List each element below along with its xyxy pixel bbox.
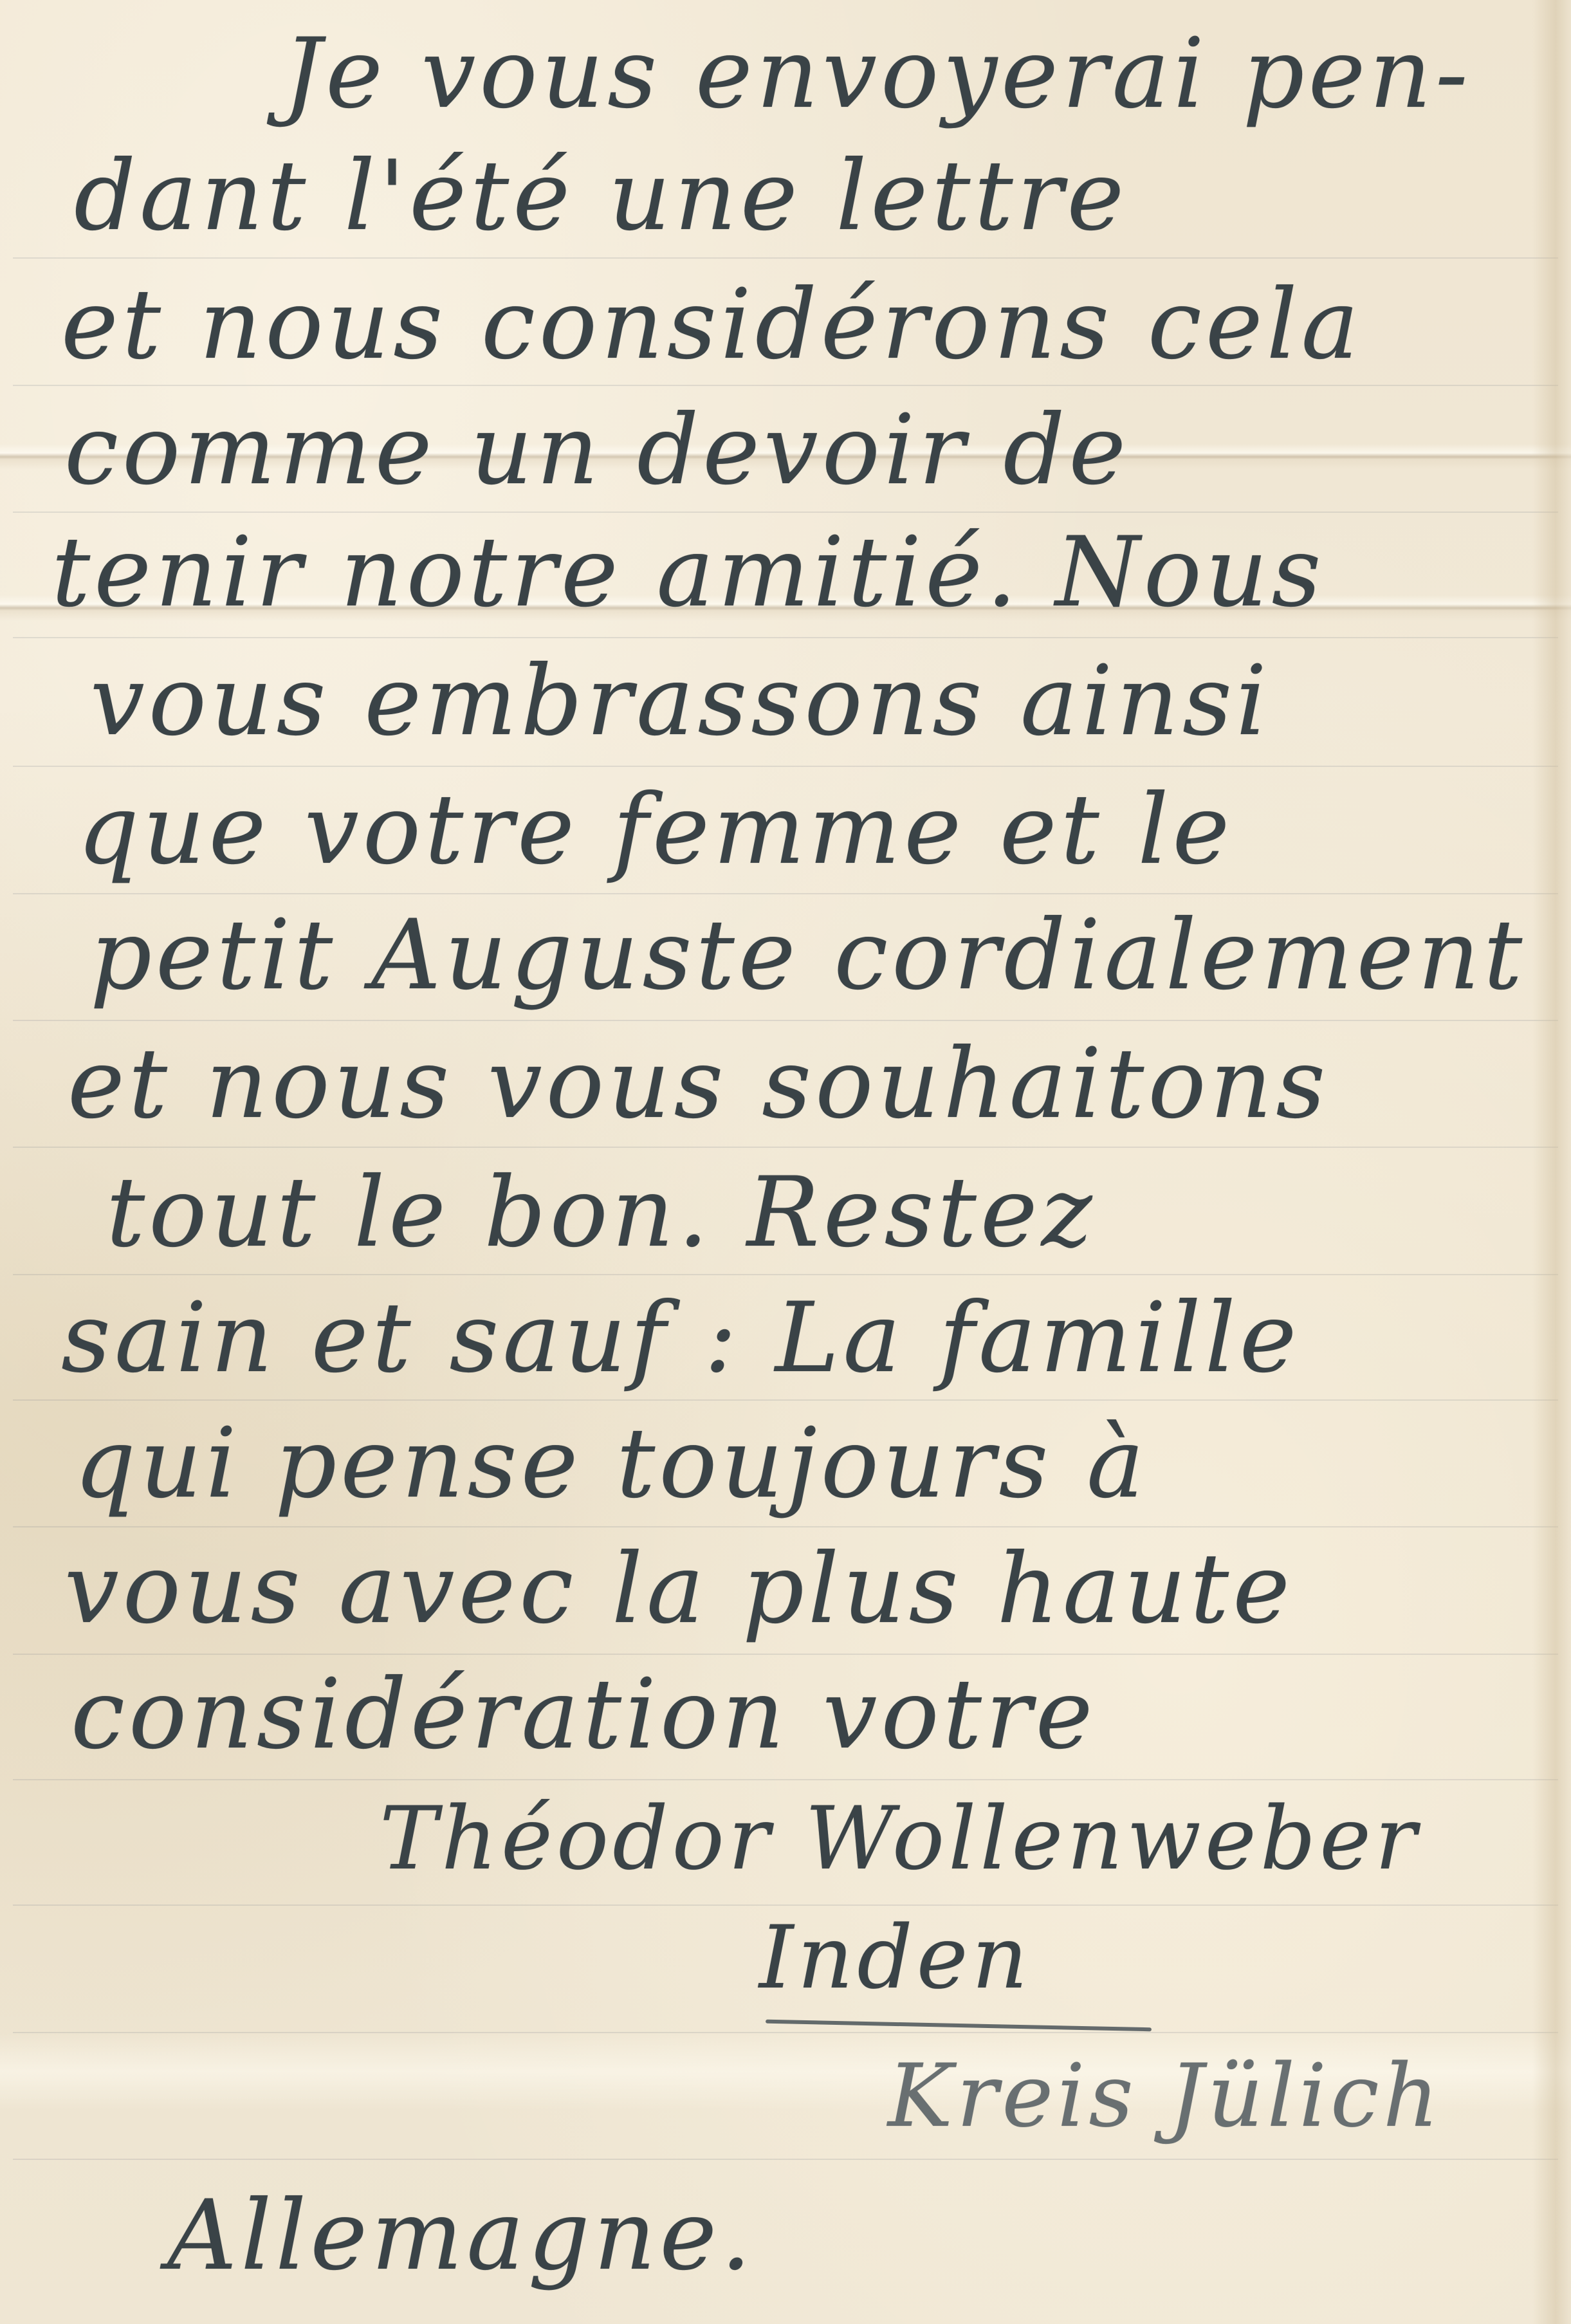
ruled-line	[13, 637, 1558, 638]
ruled-line	[13, 1020, 1558, 1021]
ruled-line	[13, 385, 1558, 386]
paper-edge	[1532, 0, 1571, 2324]
letter-line: vous avec la plus haute	[64, 1541, 1294, 1637]
letter-line: dant l'été une lettre	[74, 148, 1128, 244]
letter-line: que votre femme et le	[77, 782, 1233, 878]
ruled-line	[13, 1274, 1558, 1275]
letter-page: Je vous envoyerai pen- dant l'été une le…	[0, 0, 1571, 2324]
ruled-line	[13, 1779, 1558, 1780]
letter-line: tenir notre amitié. Nous	[51, 524, 1325, 621]
ruled-line	[13, 2159, 1558, 2160]
letter-line: tout le bon. Restez	[106, 1165, 1096, 1261]
address-district: Kreis Jülich	[888, 2052, 1443, 2139]
ruled-line	[13, 1654, 1558, 1655]
letter-line: Je vous envoyerai pen-	[283, 26, 1472, 122]
ruled-line	[13, 257, 1558, 259]
letter-line: petit Auguste cordialement	[90, 907, 1526, 1004]
ruled-line	[13, 1399, 1558, 1401]
ruled-line	[13, 766, 1558, 767]
ruled-line	[13, 512, 1558, 513]
letter-line: et nous vous souhaitons	[68, 1036, 1329, 1132]
address-underline	[766, 2020, 1152, 2032]
ruled-line	[13, 1147, 1558, 1148]
signature: Théodor Wollenweber	[380, 1795, 1420, 1882]
ruled-line	[13, 1904, 1558, 1906]
letter-line: et nous considérons cela	[61, 277, 1363, 373]
ruled-line	[13, 1526, 1558, 1527]
address-town: Inden	[759, 1914, 1032, 2001]
letter-line: qui pense toujours à	[74, 1416, 1148, 1512]
letter-line: considération votre	[71, 1666, 1096, 1763]
address-country: Allemagne.	[167, 2188, 755, 2284]
ruled-line	[13, 893, 1558, 894]
letter-line: sain et sauf : La famille	[61, 1290, 1300, 1387]
letter-line: vous embrassons ainsi	[90, 653, 1271, 750]
letter-line: comme un devoir de	[64, 402, 1130, 499]
